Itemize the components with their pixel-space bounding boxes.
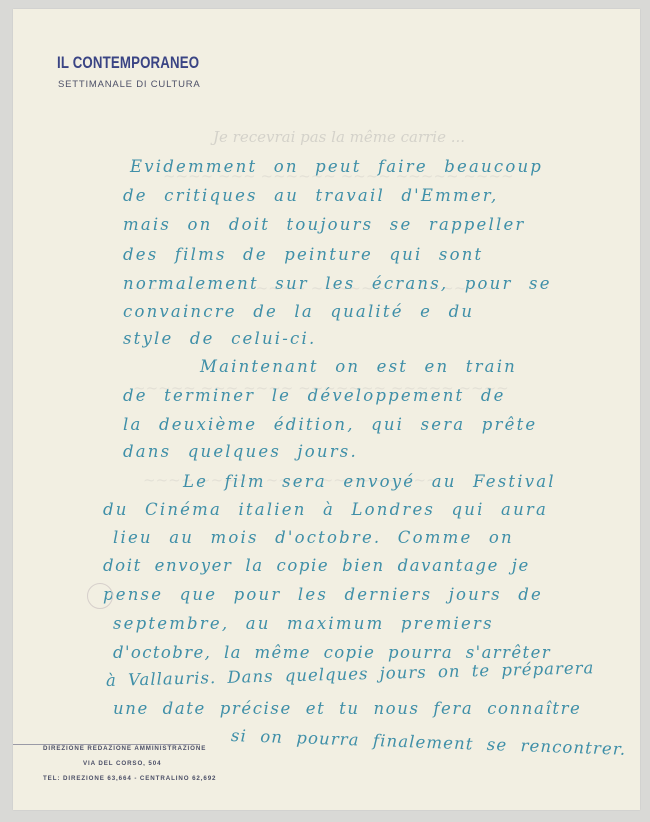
letter-line: style de celui-ci. bbox=[123, 329, 316, 348]
letter-page: IL CONTEMPORANEO SETTIMANALE DI CULTURA … bbox=[13, 9, 640, 810]
letterhead-subtitle: SETTIMANALE DI CULTURA bbox=[58, 79, 201, 90]
letter-line: à Vallauris. Dans quelques jours on te p… bbox=[106, 658, 595, 690]
letter-line: normalement sur les écrans, pour se bbox=[123, 274, 552, 293]
letter-line: des films de peinture qui sont bbox=[123, 245, 483, 264]
letter-line: septembre, au maximum premiers bbox=[113, 614, 494, 633]
letter-line: pense que pour les derniers jours de bbox=[103, 585, 543, 604]
letter-line: une date précise et tu nous fera connaît… bbox=[113, 699, 581, 718]
footer-address: VIA DEL CORSO, 504 bbox=[83, 760, 161, 767]
bleed-through-text: Je recevrai pas la même carrie ... bbox=[213, 128, 465, 146]
letter-line: d'octobre, la même copie pourra s'arrête… bbox=[113, 643, 551, 662]
letter-line: si on pourra finalement se rencontrer. bbox=[231, 726, 627, 759]
letter-line: convaincre de la qualité e du bbox=[123, 302, 474, 321]
letter-line: dans quelques jours. bbox=[123, 442, 358, 461]
letter-line: doit envoyer la copie bien davantage je bbox=[103, 556, 530, 575]
letter-line: Maintenant on est en train bbox=[200, 357, 517, 376]
footer-phones: TEL: DIREZIONE 63,664 - CENTRALINO 62,69… bbox=[43, 775, 216, 782]
letter-line: de critiques au travail d'Emmer, bbox=[123, 186, 499, 205]
letterhead-title: IL CONTEMPORANEO bbox=[57, 53, 199, 73]
letter-line: Evidemment on peut faire beaucoup bbox=[130, 157, 543, 176]
archive-stamp-mark bbox=[87, 583, 113, 609]
letter-line: Le film sera envoyé au Festival bbox=[183, 472, 556, 491]
letter-line: la deuxième édition, qui sera prête bbox=[123, 415, 537, 434]
letter-line: mais on doit toujours se rappeller bbox=[123, 215, 526, 234]
letter-line: lieu au mois d'octobre. Comme on bbox=[113, 528, 514, 547]
footer-departments: DIREZIONE REDAZIONE AMMINISTRAZIONE bbox=[43, 745, 206, 752]
letter-line: de terminer le développement de bbox=[123, 386, 506, 405]
letter-line: du Cinéma italien à Londres qui aura bbox=[103, 500, 548, 519]
